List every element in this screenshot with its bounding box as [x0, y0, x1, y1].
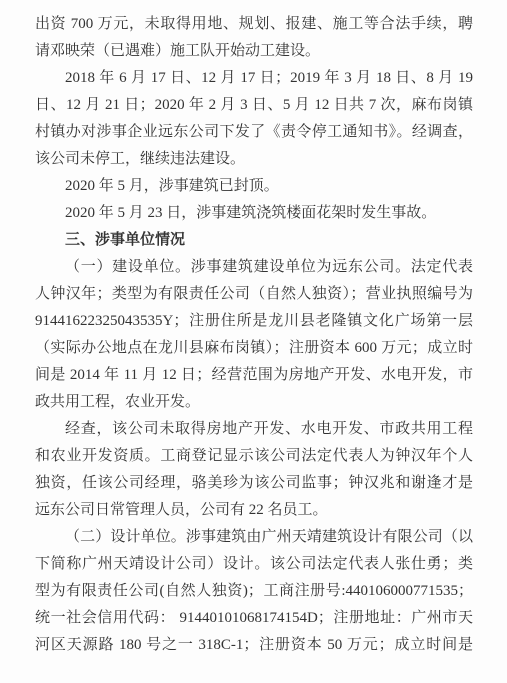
document-line: 和农业开发资质。工商登记显示该公司法定代表人为钟汉年个人	[35, 443, 473, 470]
document-line: （实际办公地点在龙川县麻布岗镇）；注册资本 600 万元；成立时	[35, 335, 473, 362]
document-line: 政共用工程，农业开发。	[35, 389, 473, 416]
document-line: 请邓映荣（已遇难）施工队开始动工建设。	[35, 38, 473, 65]
document-line: 人钟汉年；类型为有限责任公司（自然人独资）；营业执照编号为	[35, 281, 473, 308]
document-line: 间是 2014 年 11 月 12 日；经营范围为房地产开发、水电开发，市	[35, 362, 473, 389]
document-line: 91441622325043535Y；注册住所是龙川县老隆镇文化广场第一层	[35, 308, 473, 335]
document-line: 型为有限责任公司(自然人独资)；工商注册号:440106000771535；	[35, 578, 473, 605]
document-line: 统一社会信用代码： 91440101068174154D；注册地址：广州市天	[35, 605, 473, 632]
document-line: 2020 年 5 月，涉事建筑已封顶。	[35, 173, 473, 200]
section-heading: 三、涉事单位情况	[35, 227, 473, 254]
document-line: 该公司未停工，继续违法建设。	[35, 146, 473, 173]
document-page: 出资 700 万元，未取得用地、规划、报建、施工等合法手续，聘请邓映荣（已遇难）…	[0, 0, 507, 683]
document-line: 日、12 月 21 日；2020 年 2 月 3 日、5 月 12 日共 7 次…	[35, 92, 473, 119]
document-line: 出资 700 万元，未取得用地、规划、报建、施工等合法手续，聘	[35, 11, 473, 38]
document-line: 下简称广州天靖设计公司）设计。该公司法定代表人张仕勇；类	[35, 551, 473, 578]
document-body: 出资 700 万元，未取得用地、规划、报建、施工等合法手续，聘请邓映荣（已遇难）…	[35, 11, 473, 659]
document-line: 独资，任该公司经理，骆美珍为该公司监事；钟汉兆和谢逢才是	[35, 470, 473, 497]
document-line: （二）设计单位。涉事建筑由广州天靖建筑设计有限公司（以	[35, 524, 473, 551]
document-line: 2018 年 6 月 17 日、12 月 17 日；2019 年 3 月 18 …	[35, 65, 473, 92]
document-line: 2020 年 5 月 23 日，涉事建筑浇筑楼面花架时发生事故。	[35, 200, 473, 227]
document-line: 河区天源路 180 号之一 318C-1；注册资本 50 万元；成立时间是	[35, 632, 473, 659]
document-line: 经查，该公司未取得房地产开发、水电开发、市政共用工程	[35, 416, 473, 443]
document-line: （一）建设单位。涉事建筑建设单位为远东公司。法定代表	[35, 254, 473, 281]
document-line: 村镇办对涉事企业远东公司下发了《责令停工通知书》。经调查，	[35, 119, 473, 146]
document-line: 远东公司日常管理人员，公司有 22 名员工。	[35, 497, 473, 524]
